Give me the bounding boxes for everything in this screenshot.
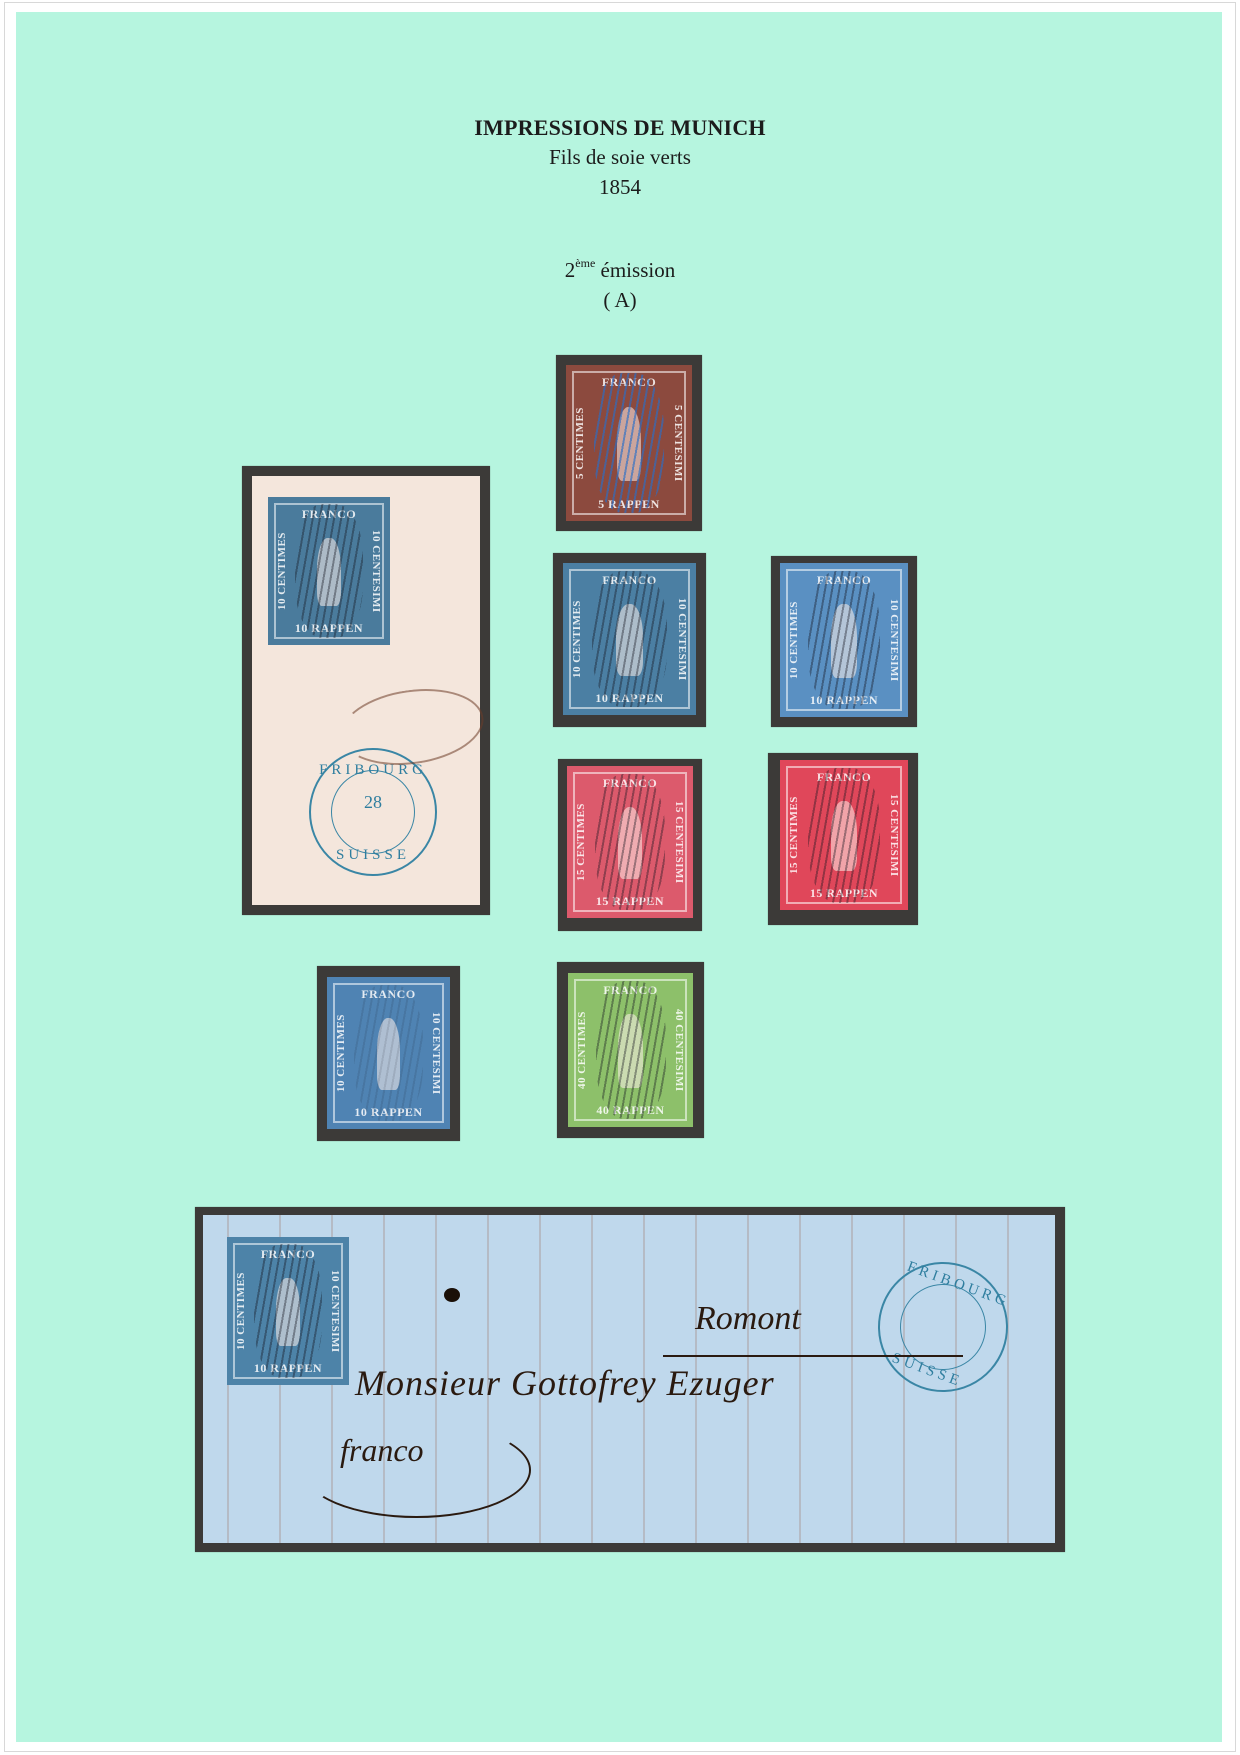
stamp-left-label: 10 CENTIMES (276, 525, 294, 617)
stamp-right-label: 10 CENTESIMI (670, 591, 688, 687)
stamp-10-rappen-blue: FRANCO10 RAPPEN10 CENTIMES10 CENTESIMI (327, 977, 450, 1129)
fragment-stamp-10-rappen: FRANCO10 RAPPEN10 CENTIMES10 CENTESIMI (268, 497, 390, 645)
stamp-right-label: 10 CENTESIMI (364, 525, 382, 617)
issue-superscript: ème (575, 256, 595, 270)
stamp-left-label: 15 CENTIMES (575, 794, 593, 890)
franco-swash (302, 1422, 531, 1518)
ink-blot (444, 1288, 460, 1302)
stamp-5-rappen-brown: FRANCO5 RAPPEN5 CENTIMES5 CENTESIMI (566, 365, 692, 521)
destination-underline (663, 1355, 963, 1357)
grid-cancellation (595, 774, 666, 911)
grid-cancellation (295, 504, 363, 637)
postmark-city: FRIBOURG (311, 762, 435, 779)
addressee: Monsieur Gottofrey Ezuger (355, 1362, 775, 1404)
stamp-left-label: 10 CENTIMES (235, 1265, 253, 1357)
cover-stamp-10-rappen: FRANCO10 RAPPEN10 CENTIMES10 CENTESIMI (227, 1237, 349, 1385)
stamp-left-label: 10 CENTIMES (788, 591, 806, 689)
grid-cancellation (808, 768, 880, 903)
page-year: 1854 (0, 175, 1240, 200)
stamp-right-label: 10 CENTESIMI (323, 1265, 341, 1357)
postmark-country: SUISSE (311, 847, 435, 864)
stamp-10-rappen-blue: FRANCO10 RAPPEN10 CENTIMES10 CENTESIMI (780, 563, 908, 717)
page-subtitle: Fils de soie verts (0, 145, 1240, 170)
grid-cancellation (592, 571, 666, 708)
issue-variant: ( A) (0, 288, 1240, 313)
grid-cancellation (808, 571, 880, 710)
grid-cancellation (254, 1244, 322, 1377)
stamp-right-label: 15 CENTESIMI (667, 794, 685, 890)
grid-cancellation (594, 373, 665, 513)
stamp-right-label: 10 CENTESIMI (424, 1005, 442, 1101)
stamp-left-label: 5 CENTIMES (574, 393, 592, 493)
stamp-left-label: 40 CENTIMES (576, 1001, 594, 1099)
stamp-right-label: 40 CENTESIMI (667, 1001, 685, 1099)
stamp-15-rappen-red: FRANCO15 RAPPEN15 CENTIMES15 CENTESIMI (567, 766, 693, 918)
stamp-right-label: 5 CENTESIMI (666, 393, 684, 493)
page-title: IMPRESSIONS DE MUNICH (0, 115, 1240, 141)
grid-cancellation (354, 985, 423, 1122)
stamp-left-label: 10 CENTIMES (571, 591, 589, 687)
fribourg-postmark: FRIBOURG 28 SUISSE (309, 748, 437, 876)
stamp-15-rappen-red: FRANCO15 RAPPEN15 CENTIMES15 CENTESIMI (780, 760, 908, 910)
issue-number: 2 (565, 258, 576, 282)
stamp-left-label: 15 CENTIMES (788, 788, 806, 882)
destination-town: Romont (695, 1300, 801, 1338)
issue-heading: 2ème émission (0, 258, 1240, 283)
stamp-10-rappen-blue: FRANCO10 RAPPEN10 CENTIMES10 CENTESIMI (563, 563, 696, 715)
stamp-40-rappen-green: FRANCO40 RAPPEN40 CENTIMES40 CENTESIMI (568, 973, 693, 1127)
issue-label: émission (601, 258, 676, 282)
stamp-right-label: 10 CENTESIMI (882, 591, 900, 689)
postmark-day: 28 (311, 792, 435, 813)
grid-cancellation (596, 981, 666, 1120)
stamp-right-label: 15 CENTESIMI (882, 788, 900, 882)
stamp-left-label: 10 CENTIMES (335, 1005, 353, 1101)
